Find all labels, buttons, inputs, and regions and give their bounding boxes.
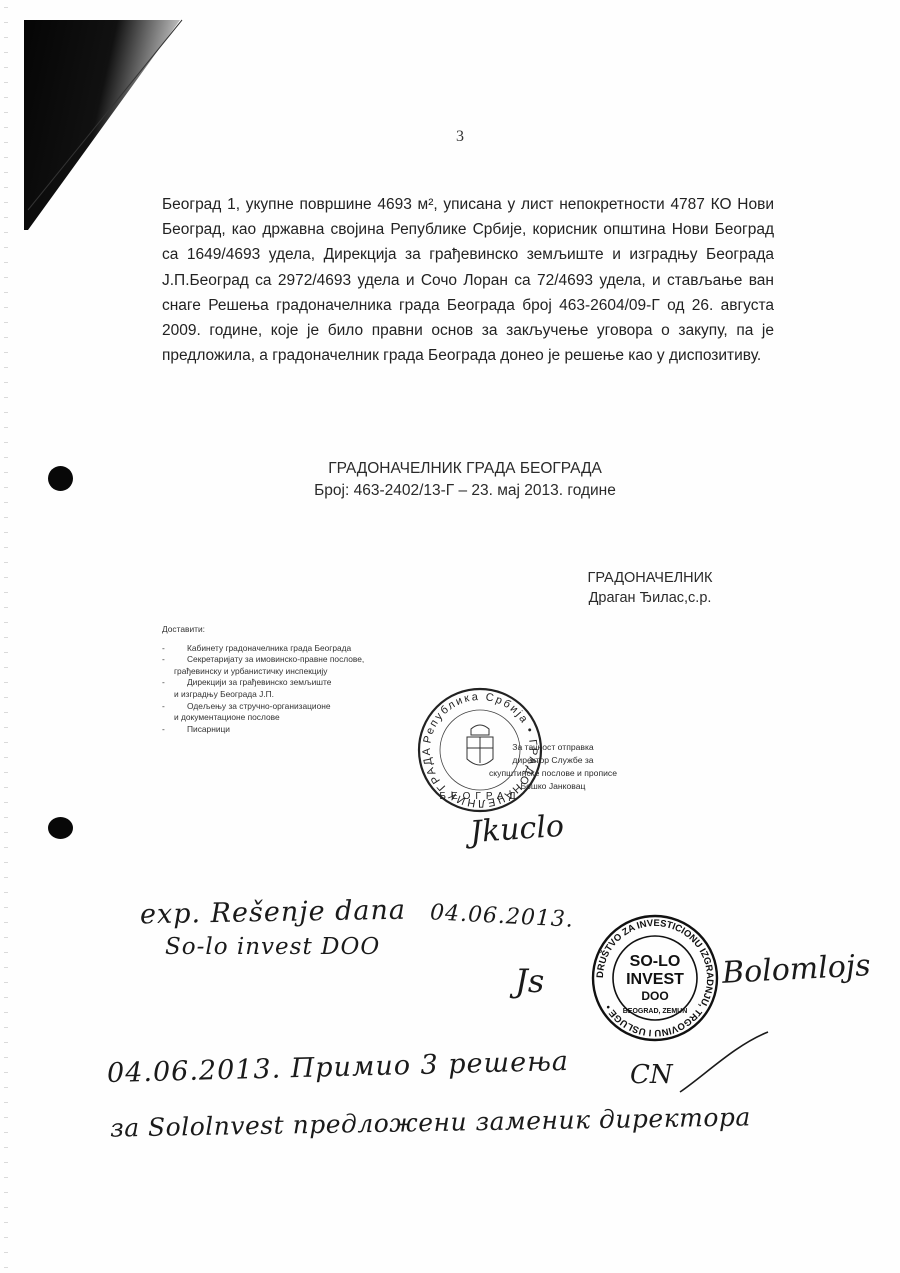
delivery-item: -Писарници — [162, 724, 422, 736]
city-stamp-signature: Jkuclo — [469, 809, 565, 850]
certification-line: скупштинске послове и прописе — [478, 767, 628, 780]
delivery-bullet: - — [162, 677, 187, 689]
delivery-item-text: Одељењу за стручно-организационе — [187, 701, 331, 713]
delivery-item: -Дирекцији за грађевинско земљиште — [162, 677, 422, 689]
issuer-title: ГРАДОНАЧЕЛНИК ГРАДА БЕОГРАДА — [300, 458, 630, 480]
delivery-item: -Кабинету градоначелника града Београда — [162, 643, 422, 655]
company-stamp-name: INVEST — [626, 971, 684, 988]
delivery-list: Доставити: -Кабинету градоначелника град… — [162, 624, 422, 735]
delivery-item-text: Дирекцији за грађевинско земљиште — [187, 677, 331, 689]
signature-stroke — [680, 1030, 770, 1100]
delivery-item-text: грађевинску и урбанистичку инспекцију — [174, 666, 327, 678]
handwritten-note-line: 04.06.2013. Примио 3 решења — [107, 1046, 570, 1089]
issuer-block: ГРАДОНАЧЕЛНИК ГРАДА БЕОГРАДА Број: 463-2… — [300, 458, 630, 502]
company-stamp-type: DOO — [641, 989, 668, 1003]
delivery-item-text: и изградњу Београда Ј.П. — [174, 689, 274, 701]
company-stamp: DRUŠTVO ZA INVESTICIONU IZGRADNJU, TRGOV… — [590, 913, 720, 1043]
delivery-item: грађевинску и урбанистичку инспекцију — [162, 666, 422, 678]
certification-line: директор Службе за — [478, 754, 628, 767]
handwritten-note-line: exp. Rešenje dana — [140, 895, 407, 931]
signatory-role: ГРАДОНАЧЕЛНИК — [560, 568, 740, 588]
document-reference: Број: 463-2402/13-Г – 23. мај 2013. годи… — [300, 480, 630, 502]
delivery-bullet — [162, 689, 174, 701]
delivery-item-text: и документационе послове — [174, 712, 280, 724]
delivery-item: и изградњу Београда Ј.П. — [162, 689, 422, 701]
delivery-bullet: - — [162, 724, 187, 736]
company-signature: Bolomlojs — [721, 948, 871, 991]
signatory-name: Драган Ђилас,с.р. — [560, 588, 740, 608]
certification-line: Бошко Јанковац — [478, 780, 628, 793]
signatory-block: ГРАДОНАЧЕЛНИК Драган Ђилас,с.р. — [560, 568, 740, 608]
delivery-item-text: Секретаријату за имовинско-правне послов… — [187, 654, 364, 666]
page-number: 3 — [456, 128, 464, 146]
delivery-bullet — [162, 666, 174, 678]
handwritten-note-line: So-lo invest DOO — [165, 934, 380, 960]
body-paragraph-text: Београд 1, укупне површине 4693 м², упис… — [162, 192, 774, 368]
handwritten-date: 04.06.2013. — [429, 900, 574, 933]
delivery-bullet: - — [162, 643, 187, 655]
body-paragraph: Београд 1, укупне површине 4693 м², упис… — [162, 192, 774, 368]
punch-hole — [48, 466, 73, 491]
certification-note: За тачност отправка директор Службе за с… — [478, 741, 628, 793]
delivery-heading: Доставити: — [162, 624, 422, 636]
delivery-item: -Секретаријату за имовинско-правне посло… — [162, 654, 422, 666]
handwritten-initials: CN — [630, 1060, 673, 1090]
handwritten-initials: Js — [515, 962, 544, 1000]
delivery-item-text: Писарници — [187, 724, 230, 736]
certification-line: За тачност отправка — [478, 741, 628, 754]
delivery-bullet: - — [162, 654, 187, 666]
delivery-item: и документационе послове — [162, 712, 422, 724]
company-stamp-city: BEOGRAD, ZEMUN — [623, 1008, 688, 1015]
punch-hole — [48, 817, 73, 839]
handwritten-note-line: за Sololnvest предложени заменик директо… — [110, 1102, 751, 1142]
delivery-item: -Одељењу за стручно-организационе — [162, 701, 422, 713]
company-stamp-name: SO-LO — [630, 953, 681, 970]
delivery-bullet — [162, 712, 174, 724]
delivery-item-text: Кабинету градоначелника града Београда — [187, 643, 351, 655]
delivery-bullet: - — [162, 701, 187, 713]
